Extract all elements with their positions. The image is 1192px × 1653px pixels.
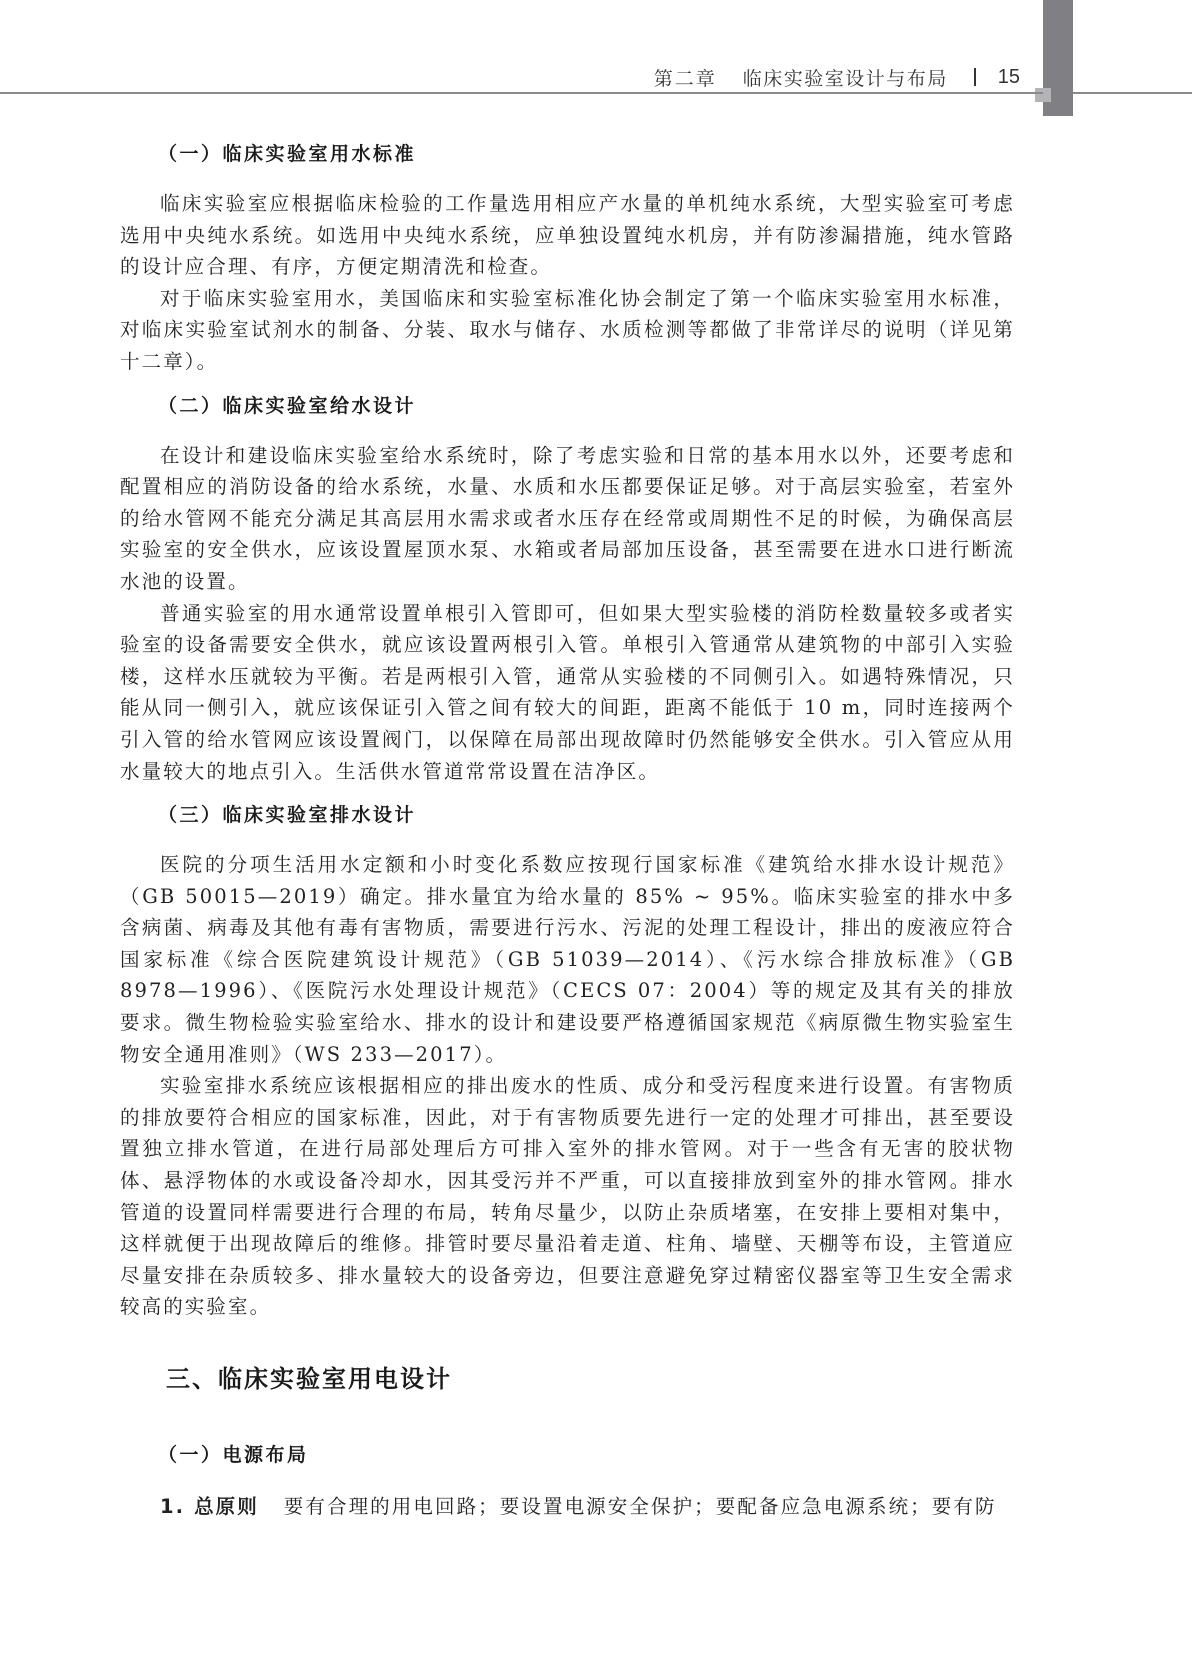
paragraph: 实验室排水系统应该根据相应的排出废水的性质、成分和受污程度来进行设置。有害物质的… [120, 1070, 1015, 1323]
numbered-item: 1. 总原则 要有合理的用电回路；要设置电源安全保护；要配备应急电源系统；要有防 [120, 1491, 1015, 1523]
section-heading-electrical: 三、临床实验室用电设计 [166, 1361, 1015, 1397]
paragraph: 对于临床实验室用水，美国临床和实验室标准化协会制定了第一个临床实验室用水标准，对… [120, 283, 1015, 378]
running-header: 第二章 临床实验室设计与布局 15 [600, 64, 1020, 90]
subsection-heading-water-standard: （一）临床实验室用水标准 [158, 138, 1015, 170]
spacer [120, 1323, 1015, 1361]
chapter-label: 第二章 [654, 64, 717, 91]
chapter-tab-marker [1035, 88, 1051, 102]
paragraph: 普通实验室的用水通常设置单根引入管即可，但如果大型实验楼的消防栓数量较多或者实验… [120, 598, 1015, 788]
subsection-heading-water-supply: （二）临床实验室给水设计 [158, 390, 1015, 422]
spacer [120, 422, 1015, 440]
header-rule-right [1073, 92, 1192, 94]
header-rule [0, 92, 1043, 94]
paragraph: 临床实验室应根据临床检验的工作量选用相应产水量的单机纯水系统，大型实验室可考虑选… [120, 188, 1015, 283]
paragraph: 在设计和建设临床实验室给水系统时，除了考虑实验和日常的基本用水以外，还要考虑和配… [120, 440, 1015, 598]
spacer [120, 170, 1015, 188]
spacer [120, 1471, 1015, 1491]
spacer [120, 378, 1015, 390]
item-lead: 1. 总原则 [160, 1495, 259, 1518]
spacer [120, 831, 1015, 849]
chapter-title: 临床实验室设计与布局 [743, 64, 948, 91]
page-number: 15 [998, 66, 1020, 89]
spacer [120, 787, 1015, 799]
paragraph: 医院的分项生活用水定额和小时变化系数应按现行国家标准《建筑给水排水设计规范》（G… [120, 849, 1015, 1070]
subsection-heading-drainage: （三）临床实验室排水设计 [158, 799, 1015, 831]
page-body: （一）临床实验室用水标准 临床实验室应根据临床检验的工作量选用相应产水量的单机纯… [120, 138, 1015, 1523]
spacer [120, 1397, 1015, 1439]
header-separator [974, 68, 976, 86]
item-text: 要有合理的用电回路；要设置电源安全保护；要配备应急电源系统；要有防 [284, 1495, 997, 1518]
subsection-heading-power-layout: （一）电源布局 [158, 1439, 1015, 1471]
